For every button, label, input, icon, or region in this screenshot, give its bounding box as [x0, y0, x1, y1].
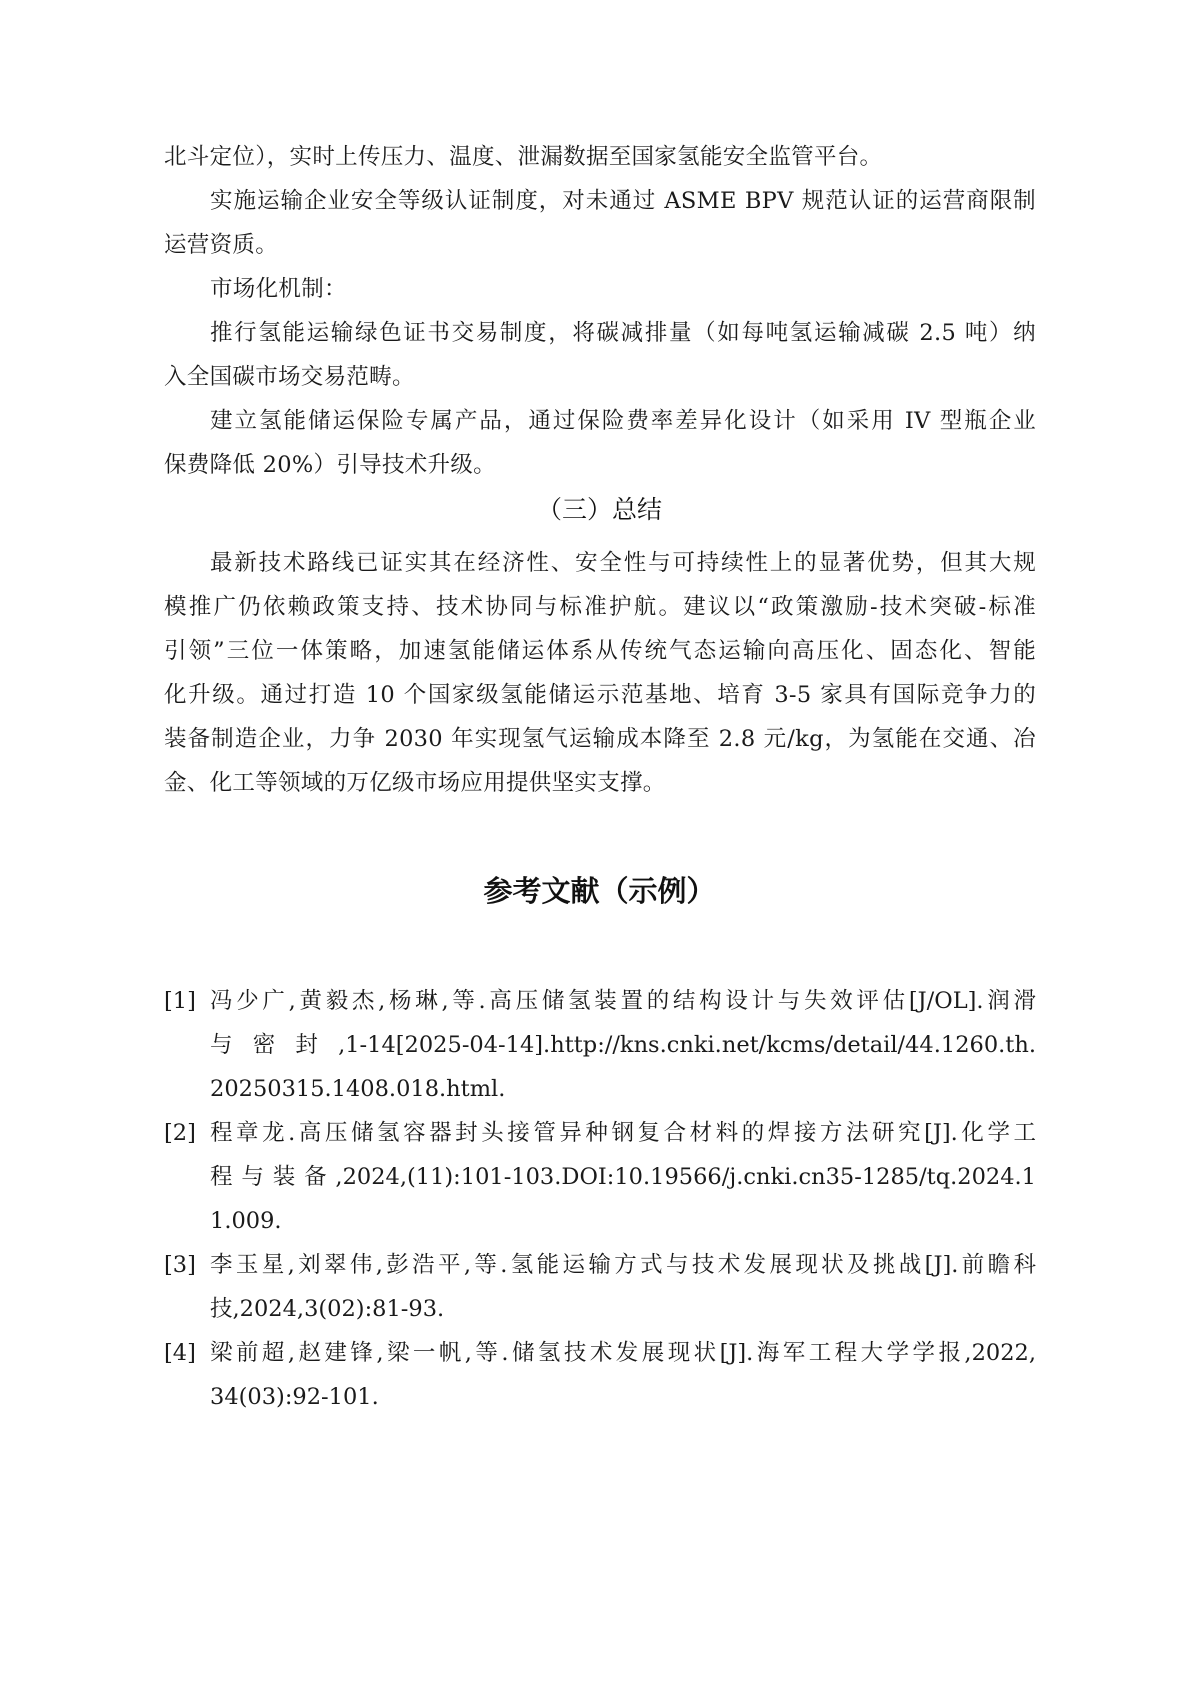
reference-line: 程章龙.高压储氢容器封头接管异种钢复合材料的焊接方法研究[J].化学工 — [210, 1118, 1036, 1148]
reference-number: [1] — [164, 986, 196, 1016]
paragraph-safety-certification-line-1: 实施运输企业安全等级认证制度，对未通过 ASME BPV 规范认证的运营商限制 — [210, 186, 1036, 216]
summary-line-3: 引领”三位一体策略，加速氢能储运体系从传统气态运输向高压化、固态化、智能 — [164, 636, 1036, 666]
paragraph-insurance-line-2: 保费降低 20%）引导技术升级。 — [164, 450, 1036, 480]
summary-line-6: 金、化工等领域的万亿级市场应用提供坚实支撑。 — [164, 768, 1036, 798]
reference-line: 李玉星,刘翠伟,彭浩平,等.氢能运输方式与技术发展现状及挑战[J].前瞻科 — [210, 1250, 1036, 1280]
summary-line-4: 化升级。通过打造 10 个国家级氢能储运示范基地、培育 3-5 家具有国际竞争力… — [164, 680, 1036, 710]
paragraph-green-certificate-line-1: 推行氢能运输绿色证书交易制度，将碳减排量（如每吨氢运输减碳 2.5 吨）纳 — [210, 318, 1036, 348]
section-heading-summary: （三）总结 — [0, 494, 1199, 526]
summary-line-5: 装备制造企业，力争 2030 年实现氢气运输成本降至 2.8 元/kg，为氢能在… — [164, 724, 1036, 754]
reference-number: [2] — [164, 1118, 196, 1148]
reference-number: [4] — [164, 1338, 196, 1368]
references-heading: 参考文献（示例） — [0, 872, 1199, 910]
paragraph-safety-certification-line-2: 运营资质。 — [164, 230, 1036, 260]
market-mechanism-label: 市场化机制： — [210, 274, 1036, 304]
reference-line: 梁前超,赵建锋,梁一帆,等.储氢技术发展现状[J].海军工程大学学报,2022, — [210, 1338, 1036, 1368]
reference-line: 20250315.1408.018.html. — [210, 1074, 1036, 1104]
paragraph-insurance-line-1: 建立氢能储运保险专属产品，通过保险费率差异化设计（如采用 IV 型瓶企业 — [210, 406, 1036, 436]
reference-line: 34(03):92-101. — [210, 1382, 1036, 1412]
paragraph-green-certificate-line-2: 入全国碳市场交易范畴。 — [164, 362, 1036, 392]
reference-number: [3] — [164, 1250, 196, 1280]
reference-line: 技,2024,3(02):81-93. — [210, 1294, 1036, 1324]
paragraph-continuation-line: 北斗定位），实时上传压力、温度、泄漏数据至国家氢能安全监管平台。 — [164, 142, 1036, 172]
reference-line: 冯少广,黄毅杰,杨琳,等.高压储氢装置的结构设计与失效评估[J/OL].润滑 — [210, 986, 1036, 1016]
reference-line: 程与装备,2024,(11):101-103.DOI:10.19566/j.cn… — [210, 1162, 1036, 1192]
reference-line: 与密封,1-14[2025-04-14].http://kns.cnki.net… — [210, 1030, 1036, 1060]
reference-line: 1.009. — [210, 1206, 1036, 1236]
summary-line-2: 模推广仍依赖政策支持、技术协同与标准护航。建议以“政策激励-技术突破-标准 — [164, 592, 1036, 622]
document-page: 北斗定位），实时上传压力、温度、泄漏数据至国家氢能安全监管平台。 实施运输企业安… — [0, 0, 1199, 1696]
summary-line-1: 最新技术路线已证实其在经济性、安全性与可持续性上的显著优势，但其大规 — [210, 548, 1036, 578]
